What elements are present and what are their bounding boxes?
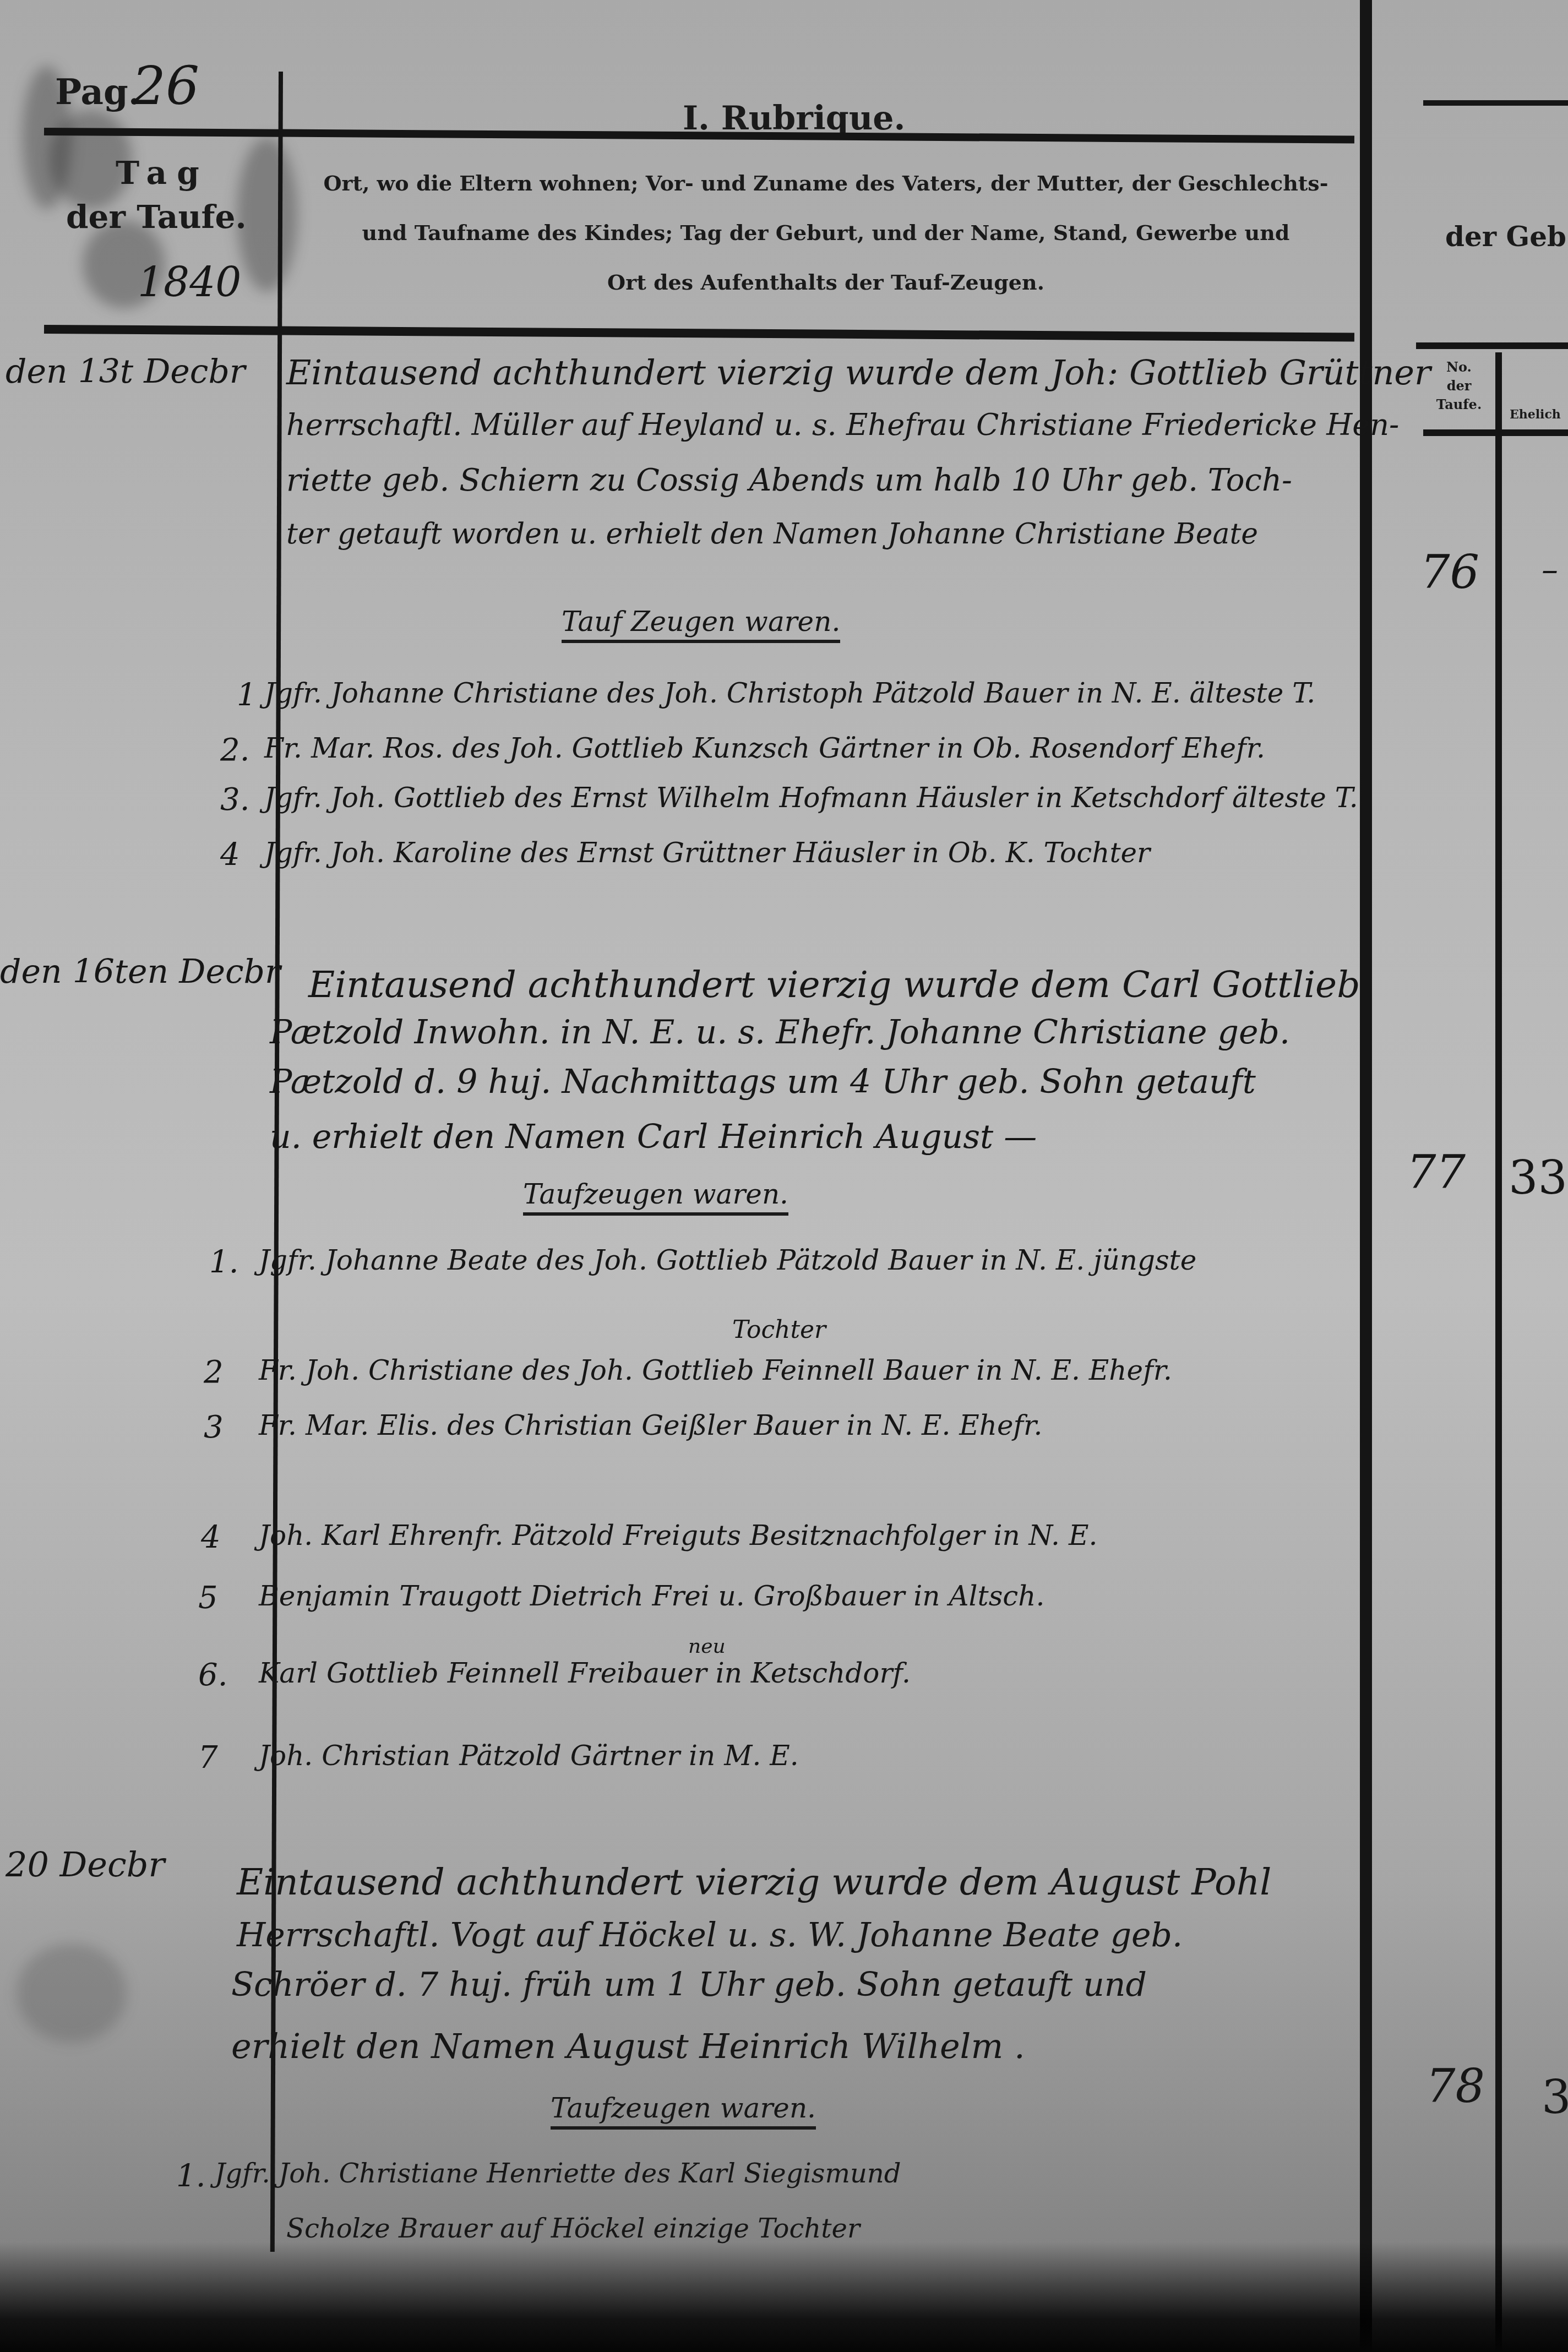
witness-number: 4: [201, 1520, 221, 1555]
witness: Jgfr. Johanne Christiane des Joh. Christ…: [264, 677, 1315, 709]
description-header-line-2: und Taufname des Kindes; Tag der Geburt,…: [308, 220, 1343, 245]
entry-line: Eintausend achthundert vierzig wurde dem…: [308, 963, 1360, 1006]
register-no-header: No. der Taufe.: [1431, 358, 1487, 414]
entry-line: Pætzold d. 9 huj. Nachmittags um 4 Uhr g…: [270, 1063, 1256, 1101]
entry-line: Eintausend achthundert vierzig wurde dem…: [286, 352, 1431, 393]
header-bottom-rule: [44, 325, 1354, 342]
witness-heading: Tauf Zeugen waren.: [562, 606, 840, 638]
page-number: 26: [132, 55, 199, 117]
witness-superscript: neu: [688, 1635, 726, 1658]
register-page: Pag. 26 I. Rubrique. Tag der Taufe. 1840…: [0, 0, 1568, 2352]
witness: Benjamin Traugott Dietrich Frei u. Großb…: [259, 1580, 1044, 1612]
entry-line: herrschaftl. Müller auf Heyland u. s. Eh…: [286, 407, 1399, 442]
entry-line: Schröer d. 7 huj. früh um 1 Uhr geb. Soh…: [231, 1966, 1147, 2004]
right-column-mark: –: [1542, 551, 1558, 589]
witness-continuation: Scholze Brauer auf Höckel einzige Tochte…: [286, 2213, 860, 2244]
witness: Fr. Mar. Elis. des Christian Geißler Bau…: [259, 1409, 1042, 1441]
witness-continuation: Tochter: [732, 1316, 826, 1344]
witness-number: 1: [237, 677, 257, 713]
witness: Fr. Joh. Christiane des Joh. Gottlieb Fe…: [259, 1354, 1172, 1386]
right-page-column-divider: [1495, 352, 1502, 2352]
legitimate-subheader: Ehelich: [1510, 407, 1561, 422]
entry-line: erhielt den Namen August Heinrich Wilhel…: [231, 2026, 1025, 2066]
witness-number: 1.: [209, 1244, 238, 1280]
witness-number: 2.: [220, 732, 249, 768]
entry-line: ter getauft worden u. erhielt den Namen …: [286, 518, 1258, 551]
witness-heading: Taufzeugen waren.: [523, 1178, 788, 1210]
witness: Karl Gottlieb Feinnell Freibauer in Kets…: [259, 1657, 911, 1689]
entry-line: Eintausend achthundert vierzig wurde dem…: [237, 1861, 1271, 1903]
register-number: 78: [1426, 2059, 1485, 2113]
description-header-line-3: Ort des Aufenthalts der Tauf-Zeugen.: [308, 270, 1343, 295]
witness: Joh. Karl Ehrenfr. Pätzold Freiguts Besi…: [259, 1520, 1097, 1551]
witness-number: 2: [204, 1354, 224, 1390]
entry-line: u. erhielt den Namen Carl Heinrich Augus…: [270, 1118, 1037, 1156]
witness-number: 7: [198, 1740, 218, 1776]
date-column-header: Tag: [116, 154, 209, 192]
right-page-heading: der Geb: [1445, 220, 1566, 253]
witness-number: 1.: [176, 2158, 205, 2194]
witness-number: 4: [220, 837, 240, 873]
right-page-rule-mid: [1416, 342, 1568, 349]
witness: Jgfr. Joh. Karoline des Ernst Grüttner H…: [264, 837, 1150, 869]
date-column-header-2: der Taufe.: [66, 198, 247, 236]
witness-number: 6.: [198, 1657, 227, 1693]
entry-line: Pætzold Inwohn. in N. E. u. s. Ehefr. Jo…: [270, 1013, 1290, 1052]
witness-number: 5: [198, 1580, 218, 1616]
witness: Fr. Mar. Ros. des Joh. Gottlieb Kunzsch …: [264, 732, 1265, 764]
witness: Jgfr. Joh. Gottlieb des Ernst Wilhelm Ho…: [264, 782, 1358, 814]
register-number: 77: [1407, 1145, 1466, 1199]
witness-number: 3: [204, 1409, 224, 1445]
entry-line: Herrschaftl. Vogt auf Höckel u. s. W. Jo…: [237, 1916, 1183, 1954]
entry-date: den 13t Decbr: [6, 352, 245, 391]
year: 1840: [138, 259, 241, 306]
entry-line: riette geb. Schiern zu Cossig Abends um …: [286, 462, 1292, 498]
entry-date: den 16ten Decbr: [0, 952, 281, 991]
description-header-line-1: Ort, wo die Eltern wohnen; Vor- und Zuna…: [308, 171, 1343, 195]
right-page-rule-top: [1423, 100, 1568, 106]
right-column-value: 33: [1509, 1151, 1567, 1205]
page-label: Pag.: [55, 72, 140, 113]
witness-number: 3.: [220, 782, 249, 818]
witness: Joh. Christian Pätzold Gärtner in M. E.: [259, 1740, 799, 1772]
witness: Jgfr. Johanne Beate des Joh. Gottlieb Pä…: [259, 1244, 1196, 1276]
right-column-value: 34: [1542, 2070, 1568, 2124]
entry-date: 20 Decbr: [6, 1844, 165, 1885]
witness-heading: Taufzeugen waren.: [551, 2092, 816, 2124]
ink-stain: [17, 1943, 127, 2043]
right-page-rule-bottom: [1423, 429, 1568, 436]
witness: Jgfr. Joh. Christiane Henriette des Karl…: [215, 2158, 901, 2189]
register-number: 76: [1420, 545, 1479, 599]
